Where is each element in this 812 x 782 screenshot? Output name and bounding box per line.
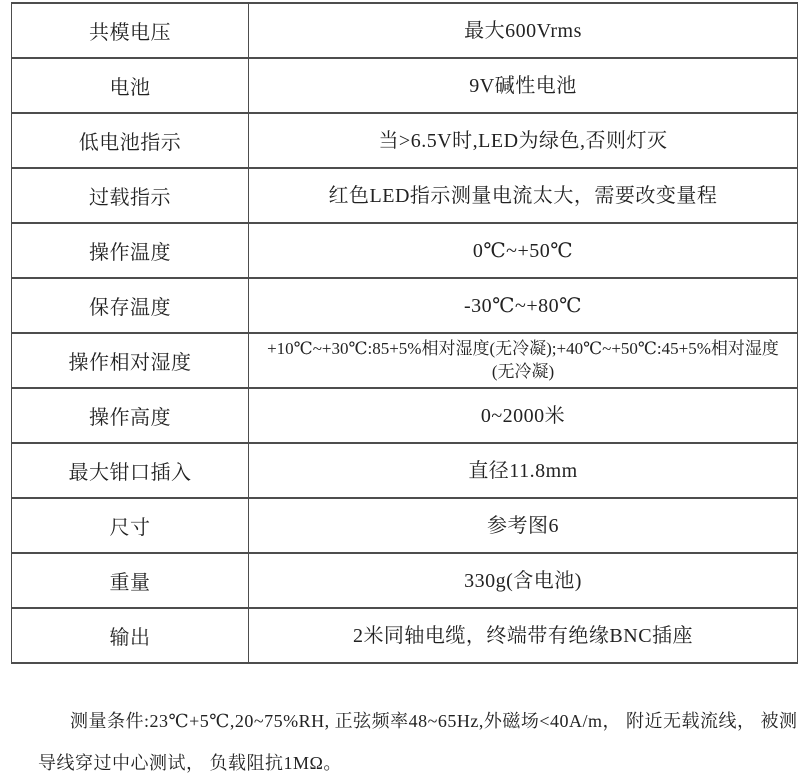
table-row: 操作温度 0℃~+50℃ <box>12 223 798 278</box>
table-row: 操作高度 0~2000米 <box>12 388 798 443</box>
table-row: 最大钳口插入 直径11.8mm <box>12 443 798 498</box>
table-row: 输出 2米同轴电缆，终端带有绝缘BNC插座 <box>12 608 798 663</box>
table-row: 低电池指示 当>6.5V时,LED为绿色,否则灯灭 <box>12 113 798 168</box>
spec-label-cell: 操作温度 <box>12 223 249 278</box>
spec-value-cell: 红色LED指示测量电流太大，需要改变量程 <box>249 168 798 223</box>
spec-value-cell: 2米同轴电缆，终端带有绝缘BNC插座 <box>249 608 798 663</box>
spec-value-cell: 9V碱性电池 <box>249 58 798 113</box>
spec-value-cell: 当>6.5V时,LED为绿色,否则灯灭 <box>249 113 798 168</box>
spec-value-cell: -30℃~+80℃ <box>249 278 798 333</box>
table-row: 电池 9V碱性电池 <box>12 58 798 113</box>
table-row: 过载指示 红色LED指示测量电流太大，需要改变量程 <box>12 168 798 223</box>
spec-value-cell: +10℃~+30℃:85+5%相对湿度(无冷凝);+40℃~+50℃:45+5%… <box>249 333 798 388</box>
spec-label-cell: 低电池指示 <box>12 113 249 168</box>
spec-label-cell: 保存温度 <box>12 278 249 333</box>
table-row: 共模电压 最大600Vrms <box>12 3 798 58</box>
spec-label-cell: 过载指示 <box>12 168 249 223</box>
document-page: 共模电压 最大600Vrms 电池 9V碱性电池 低电池指示 当>6.5V时,L… <box>0 0 812 782</box>
table-row: 尺寸 参考图6 <box>12 498 798 553</box>
measurement-conditions-note: 测量条件:23℃+5℃,20~75%RH, 正弦频率48~65Hz,外磁场<40… <box>38 700 798 782</box>
table-row: 操作相对湿度 +10℃~+30℃:85+5%相对湿度(无冷凝);+40℃~+50… <box>12 333 798 388</box>
spec-label-cell: 共模电压 <box>12 3 249 58</box>
table-row: 重量 330g(含电池) <box>12 553 798 608</box>
table-row: 保存温度 -30℃~+80℃ <box>12 278 798 333</box>
spec-value-cell: 0℃~+50℃ <box>249 223 798 278</box>
spec-value-cell: 最大600Vrms <box>249 3 798 58</box>
spec-label-cell: 电池 <box>12 58 249 113</box>
spec-label-cell: 操作高度 <box>12 388 249 443</box>
spec-label-cell: 最大钳口插入 <box>12 443 249 498</box>
spec-value-cell: 参考图6 <box>249 498 798 553</box>
spec-value-cell: 330g(含电池) <box>249 553 798 608</box>
spec-value-cell: 直径11.8mm <box>249 443 798 498</box>
spec-table: 共模电压 最大600Vrms 电池 9V碱性电池 低电池指示 当>6.5V时,L… <box>11 2 798 664</box>
spec-value-cell: 0~2000米 <box>249 388 798 443</box>
spec-label-cell: 尺寸 <box>12 498 249 553</box>
spec-table-body: 共模电压 最大600Vrms 电池 9V碱性电池 低电池指示 当>6.5V时,L… <box>12 3 798 663</box>
spec-label-cell: 输出 <box>12 608 249 663</box>
spec-label-cell: 重量 <box>12 553 249 608</box>
spec-label-cell: 操作相对湿度 <box>12 333 249 388</box>
